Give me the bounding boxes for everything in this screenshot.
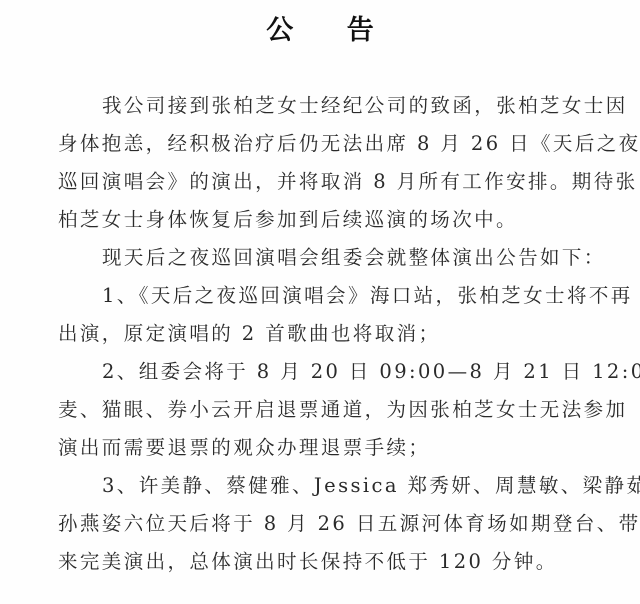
item-3-line-3: 来完美演出，总体演出时长保持不低于 120 分钟。	[58, 543, 618, 581]
announcement-page: 公 告 我公司接到张柏芝女士经纪公司的致函，张柏芝女士因 身体抱恙，经积极治疗后…	[0, 0, 640, 604]
announcement-body: 我公司接到张柏芝女士经纪公司的致函，张柏芝女士因 身体抱恙，经积极治疗后仍无法出…	[58, 87, 618, 581]
paragraph-1-line-3: 巡回演唱会》的演出，并将取消 8 月所有工作安排。期待张	[58, 163, 618, 201]
paragraph-1-line-1: 我公司接到张柏芝女士经纪公司的致函，张柏芝女士因	[58, 87, 618, 125]
paragraph-2-line-1: 现天后之夜巡回演唱会组委会就整体演出公告如下：	[58, 239, 618, 277]
item-3-line-2: 孙燕姿六位天后将于 8 月 26 日五源河体育场如期登台、带	[58, 505, 618, 543]
item-2-line-3: 演出而需要退票的观众办理退票手续；	[58, 429, 618, 467]
item-3-line-1: 3、许美静、蔡健雅、Jessica 郑秀妍、周慧敏、梁静茹、	[58, 467, 618, 505]
item-2-line-1: 2、组委会将于 8 月 20 日 09:00—8 月 21 日 12:00 在大	[58, 353, 618, 391]
item-1-line-2: 出演，原定演唱的 2 首歌曲也将取消；	[58, 315, 618, 353]
item-2-line-2: 麦、猫眼、券小云开启退票通道，为因张柏芝女士无法参加	[58, 391, 618, 429]
paragraph-1-line-2: 身体抱恙，经积极治疗后仍无法出席 8 月 26 日《天后之夜	[58, 125, 618, 163]
paragraph-1-line-4: 柏芝女士身体恢复后参加到后续巡演的场次中。	[58, 201, 618, 239]
announcement-title: 公 告	[0, 8, 640, 47]
item-1-line-1: 1、《天后之夜巡回演唱会》海口站，张柏芝女士将不再	[58, 277, 618, 315]
